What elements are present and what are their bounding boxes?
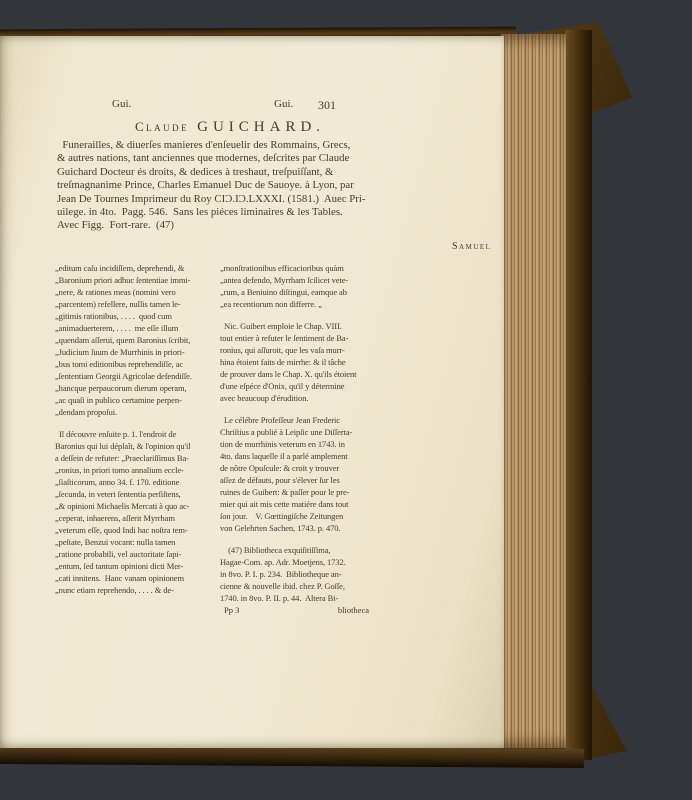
intro-line: & autres nations, tant anciennes que mod…: [57, 152, 366, 165]
text-line: „quendam aſſerui, quem Baronius ſcribit,: [55, 334, 215, 346]
text-line: „Baronium priori adhuc ſententiae immi-: [55, 274, 215, 286]
text-line: ruines de Guibert: & paſſer pour le pre-: [220, 486, 369, 498]
text-line: tion de murrhinis veterum en 1743. in: [220, 438, 369, 450]
signature-mark: Pp 3: [224, 604, 239, 616]
text-line: „antea defendo, Myrrham ſcilicet vete-: [220, 274, 369, 286]
right-column-paragraph-1: „monſtrationibus efficacioribus quàm„ant…: [220, 262, 369, 310]
running-head-left: Gui.: [112, 98, 131, 110]
text-line: ronius, qui aſſuroit, que les vaſa murr-: [220, 344, 369, 356]
text-line: „hancque perpaucorum dierum operam,: [55, 382, 215, 394]
text-line: avec beaucoup d'érudition.: [220, 392, 369, 404]
right-column-footnote: (47) Bibliotheca exquiſitiſſima,Hagae-Co…: [220, 544, 369, 604]
text-line: „ſiaſticorum, anno 34. f. 170. editione: [55, 476, 215, 488]
text-line: „rum, a Beniuino diſtingui, eamque ab: [220, 286, 369, 298]
text-line: „bus tomi editionibus reprehendiſſe, ac: [55, 358, 215, 370]
text-line: „dendam propoſui.: [55, 406, 215, 418]
book-bottom-edge: [0, 745, 584, 768]
column-footer-row: Pp 3 bliotheca: [220, 604, 369, 616]
text-line: „ratione probabili, vel auctoritate ſapi…: [55, 548, 215, 560]
photo-background: Gui. Gui. 301 ClaudeGUICHARD. Funeraille…: [0, 0, 692, 800]
text-line: „editum caſu incidiſſem, deprehendi, &: [55, 262, 215, 274]
text-line: tout entier à refuter le ſentiment de Ba…: [220, 332, 369, 344]
book-cover-right-edge: [565, 30, 592, 760]
intro-line: Guichard Docteur és droits, & dedices à …: [57, 166, 366, 179]
text-line: von Gelehrten Sachen, 1743. p. 470.: [220, 522, 369, 534]
catchword-bottom: bliotheca: [338, 604, 369, 616]
text-line: „peſtate, Benzui vocant: nulla tamen: [55, 536, 215, 548]
entry-title: ClaudeGUICHARD.: [0, 118, 460, 136]
intro-line: Avec Figg. Fort-rare. (47): [57, 219, 366, 232]
entry-description: Funerailles, & diuerſes manieres d'enſeu…: [57, 139, 366, 233]
text-line: cienne & nouvelle ibid. chez P. Goſſe,: [220, 580, 369, 592]
text-line: Le célébre Profeſſeur Jean Frederic: [220, 414, 369, 426]
text-line: „& opinioni Michaelis Mercati à quo ac-: [55, 500, 215, 512]
text-line: (47) Bibliotheca exquiſitiſſima,: [220, 544, 369, 556]
text-line: a deſſein de refuter: „Praeclariſſimus B…: [55, 452, 215, 464]
text-line: de nôtre Opuſcule: & croit y trouver: [220, 462, 369, 474]
text-line: 1740. in 8vo. P. II. p. 44. Altera Bi-: [220, 592, 369, 604]
left-column: „editum caſu incidiſſem, deprehendi, &„B…: [55, 262, 215, 596]
text-line: de prouver dans le Chap. X. qu'ils étoie…: [220, 368, 369, 380]
entry-title-first-name: Claude: [135, 119, 189, 134]
catchword-samuel: Samuel: [452, 241, 491, 252]
text-line: ſon jour. V. Gœttingiſche Zeitungen: [220, 510, 369, 522]
text-line: in 8vo. P. I. p. 234. Bibliotheque an-: [220, 568, 369, 580]
text-line: „ceperat, inhaerens, aſſerit Myrrham: [55, 512, 215, 524]
text-line: „nunc etiam reprehendo, . . . . & de-: [55, 584, 215, 596]
intro-line: Jean De Tournes Imprimeur du Roy CIƆ.IƆ.…: [57, 193, 366, 206]
intro-line: treſmagnanime Prince, Charles Emanuel Du…: [57, 179, 366, 192]
right-column-paragraph-2: Nic. Guibert emploie le Chap. VIII.tout …: [220, 320, 369, 404]
text-line: 4to. dans laquelle il a parlé amplement: [220, 450, 369, 462]
intro-line: Funerailles, & diuerſes manieres d'enſeu…: [57, 139, 366, 152]
text-line: „cati innitens. Hanc vanam opinionem: [55, 572, 215, 584]
right-column-paragraph-3: Le célébre Profeſſeur Jean FredericChriſ…: [220, 414, 369, 534]
text-line: Hagae-Com. ap. Adr. Moetjens, 1732.: [220, 556, 369, 568]
text-line: „animaduerterem, . . . . me eſſe illum: [55, 322, 215, 334]
text-line: Chriſtius a publié à Leipſic une Diſſert…: [220, 426, 369, 438]
text-line: „entum, ſed tantum opinioni dicti Mer-: [55, 560, 215, 572]
entry-title-last-name: GUICHARD.: [197, 119, 325, 135]
text-line: „ea recentiorum non differre. „: [220, 298, 369, 310]
text-line: Nic. Guibert emploie le Chap. VIII.: [220, 320, 369, 332]
text-line: mier qui ait mis cette matiére dans tout: [220, 498, 369, 510]
text-line: „parcentem) refellere, nullis tamen le-: [55, 298, 215, 310]
right-column: „monſtrationibus efficacioribus quàm„ant…: [220, 262, 369, 616]
text-line: „ac quaſi in publico certamine perpen-: [55, 394, 215, 406]
left-column-paragraph-1: „editum caſu incidiſſem, deprehendi, &„B…: [55, 262, 215, 418]
intro-line: uilege. in 4to. Pagg. 546. Sans les piéc…: [57, 206, 366, 219]
text-line: „veterum eſſe, quod Indi hac noſtra tem-: [55, 524, 215, 536]
text-line: „nere, & rationes meas (nomini vero: [55, 286, 215, 298]
text-line: „ſententiam Georgii Agricolae defendiſſe…: [55, 370, 215, 382]
text-line: „Judicium ſuum de Murrhinis in priori-: [55, 346, 215, 358]
text-line: „gitimis rationibus, . . . . quod cum: [55, 310, 215, 322]
text-line: „monſtrationibus efficacioribus quàm: [220, 262, 369, 274]
text-line: aſſez de défauts, pour s'élever ſur les: [220, 474, 369, 486]
text-line: hina étoient faits de mirrhe: & il tâche: [220, 356, 369, 368]
text-line: d'une eſpéce d'Onix, qu'il y détermine: [220, 380, 369, 392]
text-line: Baronius qui lui déplaît, & l'opinion qu…: [55, 440, 215, 452]
left-column-paragraph-2: Il découvre enſuite p. 1. l'endroit deBa…: [55, 428, 215, 596]
text-line: „ronius, in priori tomo annalium eccle-: [55, 464, 215, 476]
text-line: Il découvre enſuite p. 1. l'endroit de: [55, 428, 215, 440]
running-head: Gui. Gui. 301: [0, 98, 504, 112]
book-fore-edge: [501, 34, 566, 748]
text-line: „ſecunda, in veteri ſententia perſiſtens…: [55, 488, 215, 500]
page-number: 301: [318, 98, 336, 113]
book-page: Gui. Gui. 301 ClaudeGUICHARD. Funeraille…: [0, 36, 504, 748]
running-head-center: Gui.: [274, 98, 293, 110]
